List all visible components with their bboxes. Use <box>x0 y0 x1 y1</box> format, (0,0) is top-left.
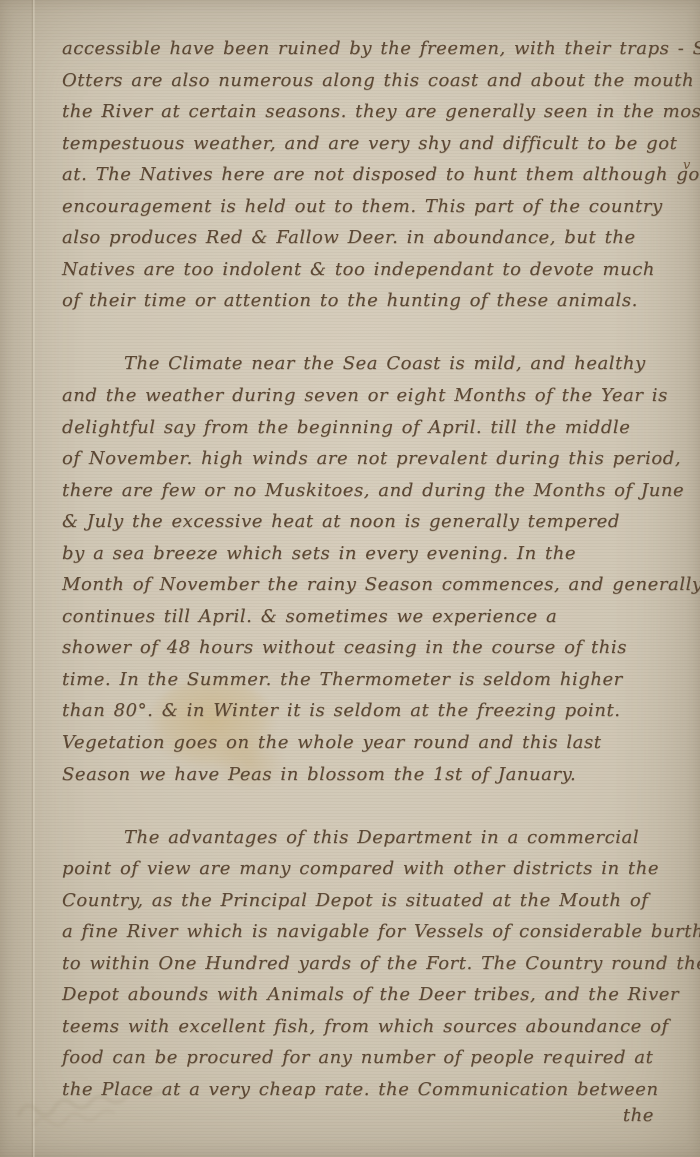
manuscript-line: tempestuous weather, and are very shy an… <box>62 128 668 160</box>
manuscript-line: a fine River which is navigable for Vess… <box>62 916 668 948</box>
manuscript-line: The Climate near the Sea Coast is mild, … <box>62 348 668 380</box>
manuscript-line: The advantages of this Department in a c… <box>62 822 668 854</box>
manuscript-line: at. The Natives here are not disposed to… <box>62 159 668 191</box>
manuscript-line: Otters are also numerous along this coas… <box>62 65 668 97</box>
manuscript-line: of their time or attention to the huntin… <box>62 285 668 317</box>
manuscript-line: Country, as the Principal Depot is situa… <box>62 885 668 917</box>
manuscript-line: Season we have Peas in blossom the 1st o… <box>62 759 668 791</box>
manuscript-line: Month of November the rainy Season comme… <box>62 569 668 601</box>
paragraph-advantages: The advantages of this Department in a c… <box>62 822 668 1106</box>
manuscript-line: there are few or no Muskitoes, and durin… <box>62 475 668 507</box>
manuscript-line: to within One Hundred yards of the Fort.… <box>62 948 668 980</box>
manuscript-line: than 80°. & in Winter it is seldom at th… <box>62 695 668 727</box>
manuscript-line: the River at certain seasons. they are g… <box>62 96 668 128</box>
paper-fold-line <box>31 0 35 1157</box>
manuscript-line: of November. high winds are not prevalen… <box>62 443 668 475</box>
manuscript-line: teems with excellent fish, from which so… <box>62 1011 668 1043</box>
manuscript-line: encouragement is held out to them. This … <box>62 191 668 223</box>
manuscript-line: continues till April. & sometimes we exp… <box>62 601 668 633</box>
manuscript-line: time. In the Summer. the Thermometer is … <box>62 664 668 696</box>
catchword: the <box>623 1105 654 1126</box>
manuscript-line: accessible have been ruined by the freem… <box>62 33 668 65</box>
manuscript-line: shower of 48 hours without ceasing in th… <box>62 632 668 664</box>
manuscript-text: accessible have been ruined by the freem… <box>62 33 668 1106</box>
manuscript-line: delightful say from the beginning of Apr… <box>62 412 668 444</box>
manuscript-line: and the weather during seven or eight Mo… <box>62 380 668 412</box>
manuscript-page: accessible have been ruined by the freem… <box>0 0 700 1157</box>
manuscript-line: Natives are too indolent & too independa… <box>62 254 668 286</box>
paragraph-climate: The Climate near the Sea Coast is mild, … <box>62 348 668 790</box>
manuscript-line: Vegetation goes on the whole year round … <box>62 727 668 759</box>
margin-annotation-mark: v <box>683 158 690 173</box>
manuscript-line: by a sea breeze which sets in every even… <box>62 538 668 570</box>
manuscript-line: also produces Red & Fallow Deer. in abou… <box>62 222 668 254</box>
manuscript-line: Depot abounds with Animals of the Deer t… <box>62 979 668 1011</box>
paragraph-sea-otters: accessible have been ruined by the freem… <box>62 33 668 317</box>
manuscript-line: point of view are many compared with oth… <box>62 853 668 885</box>
manuscript-line: & July the excessive heat at noon is gen… <box>62 506 668 538</box>
